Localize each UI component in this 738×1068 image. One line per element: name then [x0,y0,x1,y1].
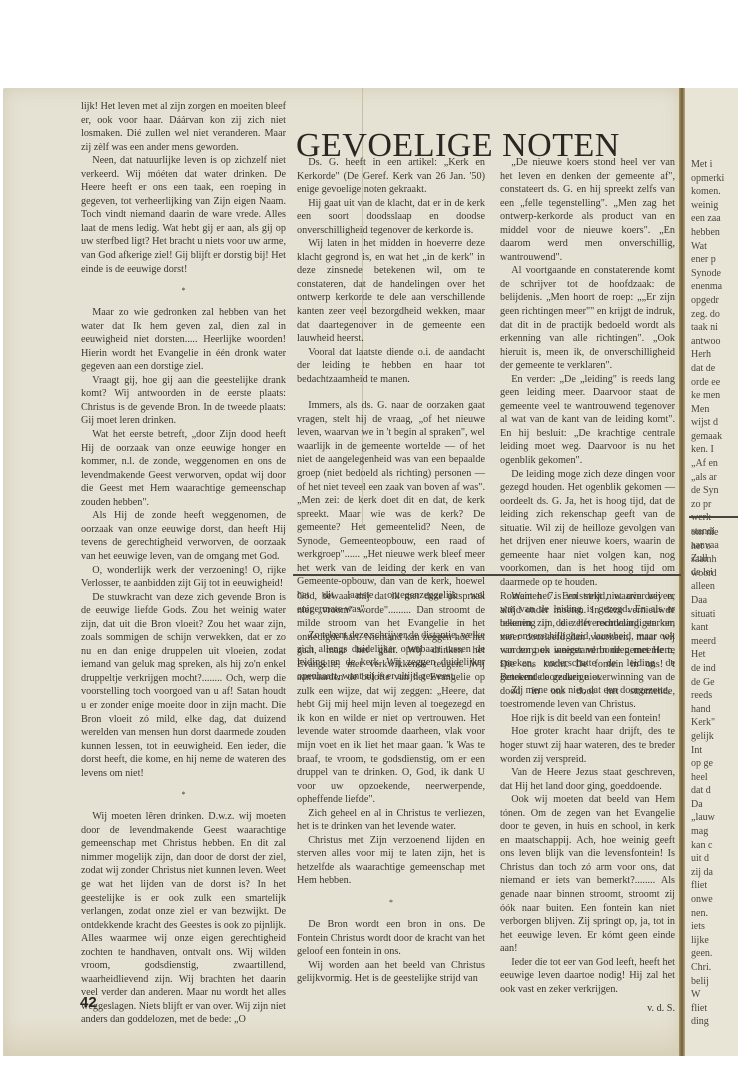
text-fragment: zo pr [691,498,724,512]
text-fragment: meerd [691,635,719,649]
text-fragment: zij da [691,866,719,880]
text-fragment: Herh [691,348,724,362]
section-separator: * [81,780,286,810]
text-fragment: weinig [691,199,724,213]
paragraph: lijk! Het leven met al zijn zorgen en mo… [81,100,286,154]
text-fragment: kan c [691,839,719,853]
next-page-column-bottom: om niehet osaamhwoordalleenDaasituatikan… [691,526,719,1029]
text-fragment: „lauw [691,811,719,825]
paragraph: Ook wij moeten dat beeld van Hem tónen. … [500,793,675,956]
text-fragment: alleen [691,580,719,594]
next-page-edge: Met iopmerkikomen.weinigeen zaahebbenWat… [685,88,738,1056]
text-fragment: Chri. [691,961,719,975]
paragraph: De stuwkracht van deze zich gevende Bron… [81,591,286,781]
text-fragment: hebben [691,226,724,240]
text-fragment: geen. [691,947,719,961]
text-fragment: ke men [691,389,724,403]
text-fragment: komen. [691,185,724,199]
text-fragment: iets [691,920,719,934]
text-fragment: saamh [691,553,719,567]
text-fragment: Het [691,648,719,662]
paragraph: O, wonderlijk werk der verzoening! O, ri… [81,564,286,591]
text-fragment: de ind [691,662,719,676]
paragraph: Immers, als ds. G. naar de oorzaken gaat… [297,399,485,616]
paragraph: Hoe rijk is dit beeld van een fontein! [500,712,675,726]
text-fragment: nen. [691,907,719,921]
text-fragment: opgedr [691,294,724,308]
text-fragment: „als ar [691,471,724,485]
author-signature: v. d. S. [500,1002,675,1016]
text-fragment: orde ee [691,376,724,390]
text-fragment: taak ni [691,321,724,335]
left-column: lijk! Het leven met al zijn zorgen en mo… [81,100,286,1027]
text-fragment: Kerk" [691,716,719,730]
text-fragment: dat de [691,362,724,376]
paragraph: Van de Heere Jezus staat geschreven, dat… [500,766,675,793]
text-fragment: mag [691,825,719,839]
text-fragment: lijke [691,934,719,948]
text-fragment: gelijk [691,730,719,744]
text-fragment: enenma [691,280,724,294]
text-fragment: om nie [691,526,719,540]
paragraph: Wat het eerste betreft, „door Zijn dood … [81,428,286,509]
text-fragment: op ge [691,757,719,771]
paragraph: De Bron wordt een bron in ons. De Fontei… [297,918,485,959]
text-fragment: belij [691,975,719,989]
article-column-bottom-left: God, bewaar mij dat ik met deze uitspraa… [297,590,485,986]
paragraph: Wij moeten lêren drinken. D.w.z. wij moe… [81,810,286,1027]
section-separator: * [297,888,485,918]
text-fragment: situati [691,608,719,622]
text-fragment: fliet [691,879,719,893]
paragraph: Wij worden aan het beeld van Christus ge… [297,959,485,986]
text-fragment: een zaa [691,212,724,226]
text-fragment: Int [691,744,719,758]
section-separator: * [81,276,286,306]
paragraph: Wij laten in het midden in hoeverre deze… [297,237,485,345]
text-fragment: wijst d [691,416,724,430]
text-fragment: Synode [691,267,724,281]
paragraph: Neen, dat natuurlijke leven is op zichze… [81,154,286,276]
page-number: 42 [80,994,97,1011]
paragraph: Ieder die tot eer van God leeft, heeft h… [500,956,675,997]
next-page-divider [689,516,738,518]
paragraph: God, bewaar mij dat ik met deze uitspraa… [297,590,485,807]
paragraph: Vraagt gij, hoe gij aan die geestelijke … [81,374,286,428]
text-fragment: het o [691,540,719,554]
text-fragment: Men [691,403,724,417]
paragraph: Christus met Zijn verzoenend lijden en s… [297,834,485,888]
text-fragment: opmerki [691,172,724,186]
text-fragment: antwoo [691,335,724,349]
text-fragment: ener p [691,253,724,267]
paragraph: En verder: „De „leiding" is reeds lang g… [500,373,675,468]
text-fragment: zeg. do [691,308,724,322]
text-fragment: reeds [691,689,719,703]
section-divider [293,574,681,576]
paragraph: Zich geheel en al in Christus te verliez… [297,807,485,834]
paragraph: Romeinen 7. Een strijd, waarin wij er al… [500,590,675,712]
paragraph: „De nieuwe koers stond heel ver van het … [500,156,675,264]
paragraph: Ds. G. heeft in een artikel: „Kerk en Ke… [297,156,485,197]
text-fragment: ding [691,1015,719,1029]
text-fragment: hand [691,703,719,717]
paragraph: Hoe groter kracht haar drijft, des te ho… [500,725,675,766]
text-fragment: ken. I [691,443,724,457]
text-fragment: werk [691,511,724,525]
text-fragment: kant [691,621,719,635]
text-fragment: woord [691,567,719,581]
paragraph: Maar zo wie gedronken zal hebben van het… [81,306,286,374]
text-fragment: Da [691,798,719,812]
text-fragment: heel [691,771,719,785]
text-fragment: onwe [691,893,719,907]
text-fragment: de Ge [691,676,719,690]
text-fragment: gemaak [691,430,724,444]
paragraph: Hij gaat uit van de klacht, dat er in de… [297,197,485,238]
text-fragment: uit d [691,852,719,866]
text-fragment: de Syn [691,484,724,498]
paragraph: De leiding moge zich deze dingen voor ge… [500,468,675,590]
text-fragment: fliet [691,1002,719,1016]
text-fragment: dat d [691,784,719,798]
text-fragment: Daa [691,594,719,608]
article-column-bottom-right: Romeinen 7. Een strijd, waarin wij er al… [500,590,675,1016]
paragraph: Als Hij de zonde heeft weggenomen, de oo… [81,509,286,563]
text-fragment: „Af en [691,457,724,471]
paragraph: Vooral dat laatste diende o.i. de aandac… [297,346,485,387]
paragraph: Al voortgaande en constaterende komt de … [500,264,675,372]
text-fragment: Wat [691,240,724,254]
text-fragment: W [691,988,719,1002]
